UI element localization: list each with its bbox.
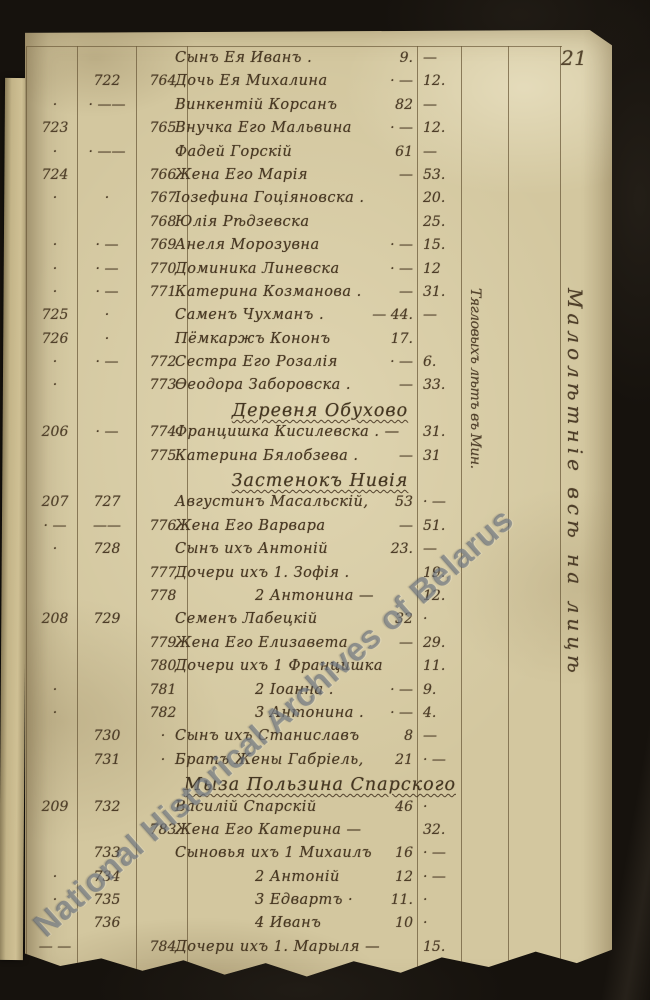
table-row: ·7342 Антоній12· — <box>25 869 612 892</box>
male-serial-number: 735 <box>81 892 133 908</box>
table-row: 7782 Антонина —12. <box>25 588 612 611</box>
male-serial-number: 727 <box>81 494 133 510</box>
male-age: 10 <box>357 915 413 931</box>
male-serial-number: · <box>81 190 133 206</box>
household-number: · <box>35 144 75 160</box>
table-top-rule <box>27 46 562 47</box>
household-number: · <box>35 869 75 885</box>
male-serial-number: 722 <box>81 73 133 89</box>
household-number: 725 <box>35 307 75 323</box>
table-row: ·· ——Фадей Горскій61— <box>25 144 612 167</box>
table-row: ·· —769Анеля Морозувна· —15. <box>25 237 612 260</box>
household-number: · <box>35 377 75 393</box>
male-serial-number: 730 <box>81 728 133 744</box>
table-row: ·7823 Антонина .· —4. <box>25 705 612 728</box>
table-row: Сынъ Ея Иванъ .9.— <box>25 50 612 73</box>
female-age: — <box>423 144 463 160</box>
table-row: 726·Пёмкаржъ Кононъ17. <box>25 331 612 354</box>
person-entry: Жена Его Катерина — <box>171 822 419 838</box>
table-row: 723765Внучка Его Мальвина· —12. <box>25 120 612 143</box>
table-row: ·728Сынъ ихъ Антоній23.— <box>25 541 612 564</box>
household-number: 723 <box>35 120 75 136</box>
female-age: · <box>423 611 463 627</box>
male-age: — <box>357 448 413 464</box>
female-age: 31. <box>423 424 463 440</box>
female-age: — <box>423 307 463 323</box>
female-age: 53. <box>423 167 463 183</box>
female-age: 4. <box>423 705 463 721</box>
table-row: 731·Братъ Жены Габріель,21· — <box>25 752 612 775</box>
table-row: 208729Семенъ Лабецкій32· <box>25 611 612 634</box>
male-serial-number: 729 <box>81 611 133 627</box>
table-row: ·· —772Сестра Его Розалія· —6. <box>25 354 612 377</box>
female-age: · <box>423 915 463 931</box>
male-age: — <box>357 635 413 651</box>
person-entry: Францишка Кисилевска . — <box>171 424 419 440</box>
household-number: · <box>35 97 75 113</box>
table-row: 779Жена Его Елизавета—29. <box>25 635 612 658</box>
household-number: — — <box>35 939 75 955</box>
female-age: 6. <box>423 354 463 370</box>
section-heading-text: Мыза Пользина Спарского <box>165 775 475 795</box>
table-row: ·773Ѳеодора Заборовска .—33. <box>25 377 612 400</box>
household-number: · <box>35 541 75 557</box>
household-number: · <box>35 354 75 370</box>
section-heading-text: Деревня Обухово <box>165 401 475 421</box>
household-number: · <box>35 284 75 300</box>
male-age: 17. <box>357 331 413 347</box>
female-age: · — <box>423 752 463 768</box>
male-serial-number: 734 <box>81 869 133 885</box>
female-age: · — <box>423 869 463 885</box>
female-age: 11. <box>423 658 463 674</box>
household-number: 726 <box>35 331 75 347</box>
female-age: 51. <box>423 518 463 534</box>
table-row: 768Юлія Рѣдзевска25. <box>25 214 612 237</box>
household-number: 207 <box>35 494 75 510</box>
male-age: 53 <box>357 494 413 510</box>
table-row: 724766Жена Его Марія—53. <box>25 167 612 190</box>
table-row: ··767Іозефина Гоціяновска .20. <box>25 190 612 213</box>
female-age: 12. <box>423 588 463 604</box>
table-row: 780Дочери ихъ 1 Францишка11. <box>25 658 612 681</box>
male-age: 32 <box>357 611 413 627</box>
female-age: 12. <box>423 73 463 89</box>
table-row: 722764Дочь Ея Михалина· —12. <box>25 73 612 96</box>
male-age: — <box>357 284 413 300</box>
household-number: 209 <box>35 799 75 815</box>
edge-margin-note: Малолѣтніе всѣ на лицѣ <box>563 288 587 888</box>
male-age: · — <box>357 682 413 698</box>
male-serial-number: · — <box>81 237 133 253</box>
male-serial-number: · <box>81 331 133 347</box>
table-row: 206· —774Францишка Кисилевска . —31. <box>25 424 612 447</box>
male-age: · — <box>357 354 413 370</box>
section-heading-text: Застенокъ Нивія <box>165 471 475 491</box>
male-age: · — <box>357 261 413 277</box>
table-row: 730·Сынъ ихъ Станиславъ8— <box>25 728 612 751</box>
female-age: · <box>423 799 463 815</box>
male-age: 23. <box>357 541 413 557</box>
male-serial-number: 736 <box>81 915 133 931</box>
male-age: 61 <box>357 144 413 160</box>
table-row: ·7812 Іоанна .· —9. <box>25 682 612 705</box>
household-number: · <box>35 892 75 908</box>
male-age: 12 <box>357 869 413 885</box>
table-row: 207727Августинъ Масальскій,53· — <box>25 494 612 517</box>
female-age: — <box>423 97 463 113</box>
male-age: · — <box>357 120 413 136</box>
census-table: Сынъ Ея Иванъ .9.—722764Дочь Ея Михалина… <box>25 50 612 962</box>
household-number: · <box>35 682 75 698</box>
person-entry: Іозефина Гоціяновска . <box>171 190 419 206</box>
male-serial-number: 732 <box>81 799 133 815</box>
female-age: 19. <box>423 565 463 581</box>
male-age: 46 <box>357 799 413 815</box>
female-age: · — <box>423 494 463 510</box>
male-serial-number: 733 <box>81 845 133 861</box>
male-serial-number: · — <box>81 354 133 370</box>
male-age: 9. <box>357 50 413 66</box>
male-age: — <box>357 167 413 183</box>
table-row: ·7353 Едвартъ ·11.· <box>25 892 612 915</box>
female-age: 32. <box>423 822 463 838</box>
female-age: 29. <box>423 635 463 651</box>
female-age: 15. <box>423 237 463 253</box>
male-age: — 44. <box>357 307 413 323</box>
female-age: 12. <box>423 120 463 136</box>
table-row: 209732Василій Спарскій46· <box>25 799 612 822</box>
section-heading: Застенокъ Нивія <box>25 471 612 494</box>
household-number: 724 <box>35 167 75 183</box>
section-heading: Деревня Обухово <box>25 401 612 424</box>
table-row: ·· —770Доминика Линевска· —12 <box>25 261 612 284</box>
male-serial-number: · <box>81 307 133 323</box>
female-age: 12 <box>423 261 463 277</box>
table-row: 7364 Иванъ10· <box>25 915 612 938</box>
male-age: 21 <box>357 752 413 768</box>
table-row: · ———776Жена Его Варвара—51. <box>25 518 612 541</box>
table-row: ·· ——Винкентій Корсанъ82— <box>25 97 612 120</box>
male-age: · — <box>357 237 413 253</box>
household-number: 208 <box>35 611 75 627</box>
male-age: 82 <box>357 97 413 113</box>
female-age: 15. <box>423 939 463 955</box>
female-age: 31 <box>423 448 463 464</box>
household-number: · — <box>35 518 75 534</box>
male-age: 16 <box>357 845 413 861</box>
female-age: · <box>423 892 463 908</box>
table-row: 777Дочери ихъ 1. Зофія .19. <box>25 565 612 588</box>
male-age: · — <box>357 73 413 89</box>
household-number: · <box>35 190 75 206</box>
census-page: 21 Сынъ Ея Иванъ .9.—722764Дочь Ея Михал… <box>25 30 612 990</box>
female-age: 25. <box>423 214 463 230</box>
male-serial-number: · — <box>81 424 133 440</box>
person-entry: Дочери ихъ 1. Марыля — <box>171 939 419 955</box>
male-age: — <box>357 377 413 393</box>
female-age: 9. <box>423 682 463 698</box>
household-number: · <box>35 261 75 277</box>
person-entry: Дочери ихъ 1. Зофія . <box>171 565 419 581</box>
male-serial-number: 731 <box>81 752 133 768</box>
female-age: — <box>423 541 463 557</box>
person-entry: Дочери ихъ 1 Францишка <box>171 658 419 674</box>
male-age: 8 <box>357 728 413 744</box>
male-serial-number: · — <box>81 261 133 277</box>
section-heading: Мыза Пользина Спарского <box>25 775 612 798</box>
female-age: 31. <box>423 284 463 300</box>
female-age: — <box>423 728 463 744</box>
male-serial-number: · —— <box>81 97 133 113</box>
person-entry: Юлія Рѣдзевска <box>171 214 419 230</box>
female-age: 33. <box>423 377 463 393</box>
household-number: · <box>35 237 75 253</box>
male-serial-number: · —— <box>81 144 133 160</box>
household-number: 206 <box>35 424 75 440</box>
scanned-book-spread: 21 Сынъ Ея Иванъ .9.—722764Дочь Ея Михал… <box>0 0 650 1000</box>
table-row: 783Жена Его Катерина —32. <box>25 822 612 845</box>
table-row: 775Катерина Бялобзева .—31 <box>25 448 612 471</box>
male-serial-number: —— <box>81 518 133 534</box>
female-age: — <box>423 50 463 66</box>
column-margin-note: Тягловыхъ лѣтъ въ Мин. <box>467 288 483 588</box>
male-age: — <box>357 518 413 534</box>
table-row: 733Сыновья ихъ 1 Михаилъ16· — <box>25 845 612 868</box>
male-age: 11. <box>357 892 413 908</box>
female-age: 20. <box>423 190 463 206</box>
male-age: · — <box>357 705 413 721</box>
table-row: 725·Саменъ Чухманъ .— 44.— <box>25 307 612 330</box>
female-age: · — <box>423 845 463 861</box>
table-row: ·· —771Катерина Козманова .—31. <box>25 284 612 307</box>
male-serial-number: 728 <box>81 541 133 557</box>
male-serial-number: · — <box>81 284 133 300</box>
household-number: · <box>35 705 75 721</box>
